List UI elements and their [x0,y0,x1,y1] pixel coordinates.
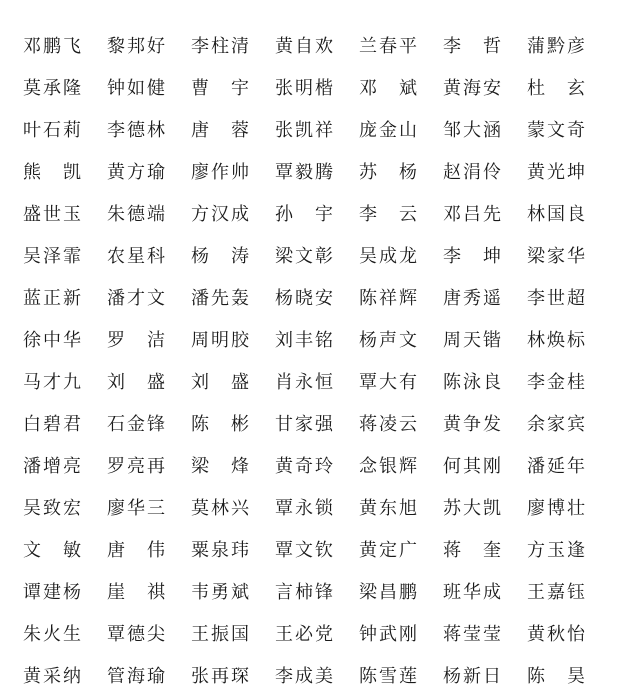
name-cell: 谭建杨 [23,579,81,607]
name-cell: 梁文彰 [275,243,333,271]
name-cell: 石金锋 [107,411,165,439]
name-cell: 覃永锁 [275,495,333,523]
name-cell: 苏大凯 [443,495,501,523]
name-cell: 梁烽 [191,453,249,481]
name-cell: 吴致宏 [23,495,81,523]
name-cell: 余家宾 [527,411,585,439]
name-cell: 罗洁 [107,327,165,355]
name-cell: 白碧君 [23,411,81,439]
name-cell: 邓吕先 [443,201,501,229]
name-cell: 李金桂 [527,369,585,397]
name-cell: 廖作帅 [191,159,249,187]
name-cell: 蒋莹莹 [443,621,501,649]
name-cell: 张明楷 [275,75,333,103]
name-cell: 管海瑜 [107,663,165,691]
name-cell: 覃文钦 [275,537,333,565]
name-cell: 刘盛 [107,369,165,397]
name-cell: 黄秋怡 [527,621,585,649]
name-cell: 周明胶 [191,327,249,355]
name-cell: 唐蓉 [191,117,249,145]
name-cell: 唐伟 [107,537,165,565]
name-cell: 崖祺 [107,579,165,607]
name-cell: 吴成龙 [359,243,417,271]
name-cell: 李世超 [527,285,585,313]
name-cell: 黄采纳 [23,663,81,691]
name-cell: 覃大有 [359,369,417,397]
name-cell: 黄方瑜 [107,159,165,187]
name-cell: 肖永恒 [275,369,333,397]
name-cell: 孙宇 [275,201,333,229]
name-list-grid: 邓鹏飞黎邦好李柱清黄自欢兰春平李哲蒲黔彦莫承隆钟如健曹宇张明楷邓斌黄海安杜玄叶石… [23,33,611,700]
name-cell: 莫承隆 [23,75,81,103]
name-cell: 李成美 [275,663,333,691]
name-cell: 陈雪莲 [359,663,417,691]
name-cell: 蒋凌云 [359,411,417,439]
name-cell: 朱火生 [23,621,81,649]
name-cell: 邓鹏飞 [23,33,81,61]
name-cell: 钟如健 [107,75,165,103]
name-cell: 梁昌鹏 [359,579,417,607]
name-cell: 杨新日 [443,663,501,691]
name-cell: 王必党 [275,621,333,649]
name-cell: 邹大涵 [443,117,501,145]
name-cell: 廖华三 [107,495,165,523]
name-cell: 盛世玉 [23,201,81,229]
name-cell: 唐秀遥 [443,285,501,313]
name-cell: 邓斌 [359,75,417,103]
name-cell: 杜玄 [527,75,585,103]
name-cell: 李柱清 [191,33,249,61]
name-cell: 叶石莉 [23,117,81,145]
name-cell: 刘盛 [191,369,249,397]
name-cell: 蒲黔彦 [527,33,585,61]
name-cell: 黄奇玲 [275,453,333,481]
name-cell: 黄争发 [443,411,501,439]
name-cell: 杨声文 [359,327,417,355]
name-cell: 蒋奎 [443,537,501,565]
name-cell: 粟泉玮 [191,537,249,565]
name-cell: 李德林 [107,117,165,145]
name-cell: 方汉成 [191,201,249,229]
name-cell: 覃德尖 [107,621,165,649]
name-cell: 曹宇 [191,75,249,103]
name-cell: 李云 [359,201,417,229]
name-cell: 覃毅腾 [275,159,333,187]
name-cell: 陈昊 [527,663,585,691]
name-cell: 梁家华 [527,243,585,271]
name-cell: 庞金山 [359,117,417,145]
name-cell: 蓝正新 [23,285,81,313]
name-cell: 廖博壮 [527,495,585,523]
name-cell: 徐中华 [23,327,81,355]
name-cell: 兰春平 [359,33,417,61]
name-cell: 苏杨 [359,159,417,187]
name-cell: 莫林兴 [191,495,249,523]
name-cell: 林国良 [527,201,585,229]
name-cell: 潘先轰 [191,285,249,313]
name-cell: 蒙文奇 [527,117,585,145]
name-cell: 黄海安 [443,75,501,103]
name-cell: 黄自欢 [275,33,333,61]
name-cell: 马才九 [23,369,81,397]
name-cell: 黄东旭 [359,495,417,523]
name-cell: 罗亮再 [107,453,165,481]
name-cell: 念银辉 [359,453,417,481]
name-cell: 言柿锋 [275,579,333,607]
name-cell: 杨晓安 [275,285,333,313]
name-cell: 陈彬 [191,411,249,439]
name-cell: 陈泳良 [443,369,501,397]
name-cell: 潘增亮 [23,453,81,481]
name-cell: 潘才文 [107,285,165,313]
name-cell: 潘延年 [527,453,585,481]
name-cell: 刘丰铭 [275,327,333,355]
name-cell: 林焕标 [527,327,585,355]
name-cell: 周天锴 [443,327,501,355]
name-cell: 韦勇斌 [191,579,249,607]
name-cell: 熊凯 [23,159,81,187]
name-cell: 杨涛 [191,243,249,271]
name-cell: 黎邦好 [107,33,165,61]
name-cell: 张凯祥 [275,117,333,145]
name-cell: 方玉逢 [527,537,585,565]
name-cell: 农星科 [107,243,165,271]
name-cell: 李哲 [443,33,501,61]
name-cell: 王振国 [191,621,249,649]
name-cell: 黄定广 [359,537,417,565]
name-cell: 甘家强 [275,411,333,439]
name-cell: 黄光坤 [527,159,585,187]
name-cell: 文敏 [23,537,81,565]
name-cell: 陈祥辉 [359,285,417,313]
name-cell: 王嘉钰 [527,579,585,607]
name-cell: 班华成 [443,579,501,607]
name-cell: 李坤 [443,243,501,271]
name-cell: 朱德端 [107,201,165,229]
name-cell: 张再琛 [191,663,249,691]
name-cell: 吴泽霏 [23,243,81,271]
name-cell: 钟武刚 [359,621,417,649]
name-cell: 何其刚 [443,453,501,481]
name-cell: 赵涓伶 [443,159,501,187]
